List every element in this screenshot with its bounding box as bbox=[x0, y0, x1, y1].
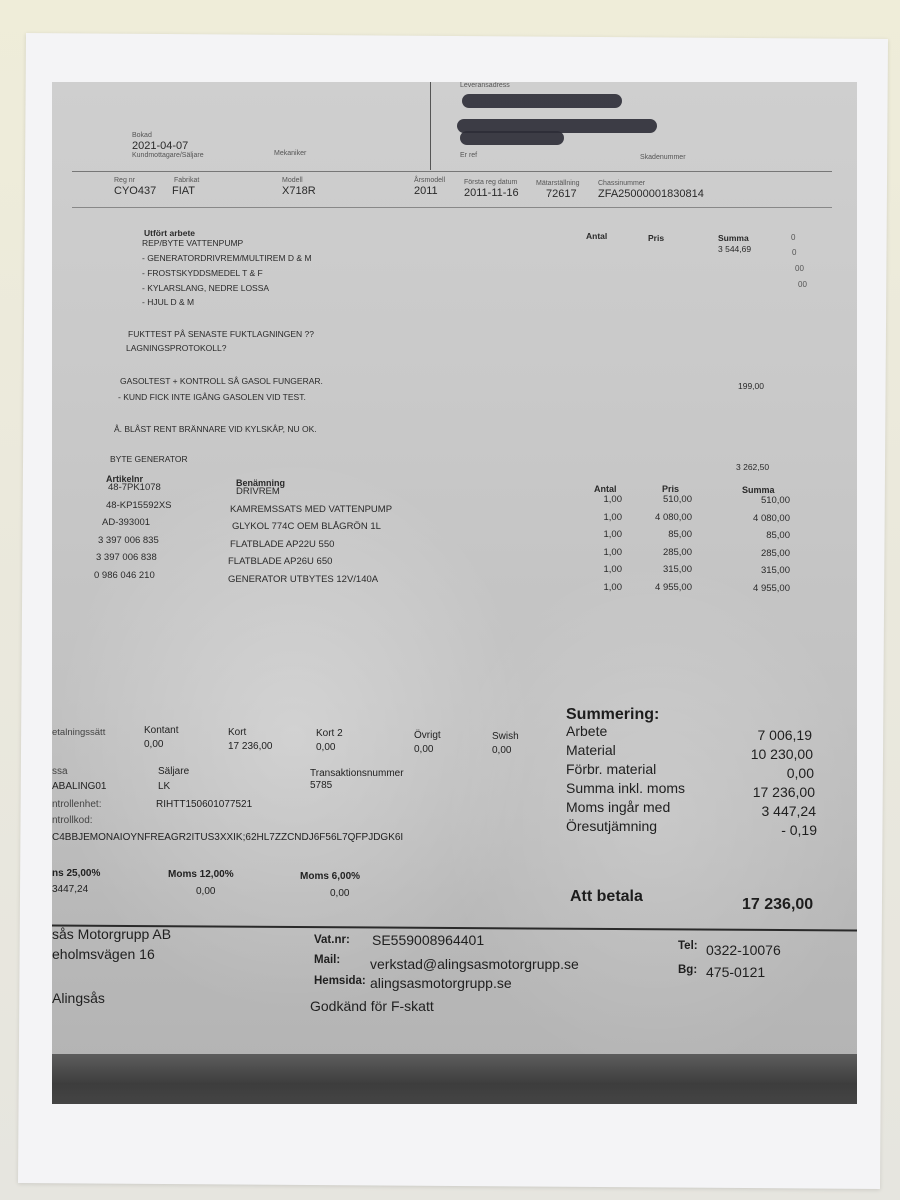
mileage-label: Mätarställning bbox=[536, 180, 580, 187]
payment-label: Kort 2 bbox=[316, 728, 343, 739]
margin-digit: 0 bbox=[791, 233, 795, 242]
phone-number: 0322-10076 bbox=[706, 942, 781, 958]
make-label: Fabrikat bbox=[174, 177, 199, 184]
part-price: 285,00 bbox=[634, 547, 692, 558]
model-year: 2011 bbox=[414, 185, 438, 197]
margin-digit: 0 bbox=[792, 248, 796, 257]
footer-rule bbox=[52, 925, 857, 932]
vat-25-value: 3447,24 bbox=[52, 884, 88, 895]
job3-sum: 3 262,50 bbox=[736, 462, 769, 472]
mail-label: Mail: bbox=[314, 954, 340, 966]
seller-value: LK bbox=[158, 781, 170, 792]
part-qty: 1,00 bbox=[574, 582, 622, 593]
bankgiro-number: 475-0121 bbox=[706, 964, 765, 980]
vat-12-value: 0,00 bbox=[196, 886, 215, 897]
redacted-city bbox=[460, 131, 564, 145]
part-name: FLATBLADE AP22U 550 bbox=[230, 539, 334, 550]
summary-value: 0,00 bbox=[694, 765, 814, 781]
part-name: GLYKOL 774C OEM BLÅGRÖN 1L bbox=[232, 521, 381, 532]
summary-label: Moms ingår med bbox=[566, 799, 670, 815]
margin-digit: 00 bbox=[795, 264, 804, 273]
payment-value: 0,00 bbox=[492, 745, 511, 756]
part-article-number: 0 986 046 210 bbox=[94, 570, 155, 581]
part-article-number: 48-KP15592XS bbox=[106, 500, 172, 511]
vehicle-rule bbox=[72, 207, 832, 208]
payment-method-label: etalningssätt bbox=[52, 727, 105, 738]
work-heading: Utfört arbete bbox=[144, 228, 195, 238]
control-unit-label: ntrollenhet: bbox=[52, 799, 101, 810]
model: X718R bbox=[282, 185, 316, 197]
part-qty: 1,00 bbox=[574, 564, 622, 575]
job1-title: REP/BYTE VATTENPUMP bbox=[142, 238, 243, 248]
part-price: 85,00 bbox=[634, 529, 692, 540]
delivery-address-label: Leveransadress bbox=[460, 82, 510, 89]
part-article-number: 3 397 006 835 bbox=[98, 535, 159, 546]
payment-label: Swish bbox=[492, 731, 519, 742]
payment-value: 17 236,00 bbox=[228, 741, 273, 752]
vat-number: SE559008964401 bbox=[372, 932, 484, 948]
your-ref-label: Er ref bbox=[460, 152, 477, 159]
summary-title: Summering: bbox=[566, 706, 659, 724]
payment-label: Kontant bbox=[144, 725, 178, 736]
part-article-number: 3 397 006 838 bbox=[96, 552, 157, 563]
chassis-label: Chassinummer bbox=[598, 180, 645, 187]
summary-label: Material bbox=[566, 742, 616, 758]
company-name: sås Motorgrupp AB bbox=[52, 926, 171, 942]
note-line: FUKTTEST PÅ SENASTE FUKTLAGNINGEN ?? bbox=[128, 329, 314, 339]
part-article-number: AD-393001 bbox=[102, 517, 150, 528]
summary-label: Öresutjämning bbox=[566, 818, 657, 834]
txn-value: 5785 bbox=[310, 780, 332, 791]
company-street: eholmsvägen 16 bbox=[52, 946, 155, 962]
booking-date: 2021-04-07 bbox=[132, 140, 188, 152]
first-reg-date: 2011-11-16 bbox=[464, 187, 519, 199]
part-article-number: 48-7PK1078 bbox=[108, 482, 161, 493]
work-col-price: Pris bbox=[648, 233, 664, 243]
vat-25-label: ns 25,00% bbox=[52, 868, 100, 879]
work-col-sum: Summa bbox=[718, 233, 749, 243]
company-city: Alingsås bbox=[52, 990, 105, 1006]
model-label: Modell bbox=[282, 177, 303, 184]
part-sum: 85,00 bbox=[712, 530, 790, 541]
job2-title: GASOLTEST + KONTROLL SÅ GASOL FUNGERAR. bbox=[120, 376, 323, 386]
payment-value: 0,00 bbox=[316, 742, 335, 753]
job2-sum: 199,00 bbox=[738, 381, 764, 391]
summary-value: - 0,19 bbox=[697, 822, 817, 838]
summary-value: 7 006,19 bbox=[692, 727, 812, 743]
control-code-value: C4BBJEMONAIOYNFREAGR2ITUS3XXIK;62HL7ZZCN… bbox=[52, 832, 403, 843]
vat-6-label: Moms 6,00% bbox=[300, 871, 360, 882]
invoice-printout: Leveransadress Bokad 2021-04-07 Kundmott… bbox=[52, 82, 857, 1104]
year-label: Årsmodell bbox=[414, 177, 445, 184]
part-price: 4 955,00 bbox=[634, 582, 692, 593]
job1-line: - KYLARSLANG, NEDRE LOSSA bbox=[142, 283, 269, 293]
fskatt-note: Godkänd för F-skatt bbox=[310, 998, 434, 1014]
work-col-qty: Antal bbox=[586, 231, 607, 241]
payment-label: Kort bbox=[228, 727, 246, 738]
summary-value: 3 447,24 bbox=[696, 803, 816, 819]
website-label: Hemsida: bbox=[314, 975, 366, 987]
part-sum: 510,00 bbox=[712, 495, 790, 506]
summary-label: Arbete bbox=[566, 723, 607, 739]
header-divider bbox=[430, 82, 431, 170]
part-qty: 1,00 bbox=[574, 529, 622, 540]
job1-sum: 3 544,69 bbox=[718, 244, 751, 254]
part-price: 510,00 bbox=[634, 494, 692, 505]
register-label: ssa bbox=[52, 766, 68, 777]
part-sum: 315,00 bbox=[712, 565, 790, 576]
payment-label: Övrigt bbox=[414, 730, 441, 741]
part-price: 4 080,00 bbox=[634, 512, 692, 523]
part-name: FLATBLADE AP26U 650 bbox=[228, 556, 332, 567]
mechanic-label: Mekaniker bbox=[274, 150, 306, 157]
claim-number-label: Skadenummer bbox=[640, 154, 686, 161]
tel-label: Tel: bbox=[678, 940, 698, 952]
job2-result: Å. BLÅST RENT BRÄNNARE VID KYLSKÅP, NU O… bbox=[114, 424, 317, 434]
make: FIAT bbox=[172, 185, 195, 197]
part-name: GENERATOR UTBYTES 12V/140A bbox=[228, 574, 378, 585]
job1-line: - GENERATORDRIVREM/MULTIREM D & M bbox=[142, 253, 312, 263]
control-unit-value: RIHTT150601077521 bbox=[156, 799, 252, 810]
part-sum: 4 955,00 bbox=[712, 583, 790, 594]
parts-col-qty: Antal bbox=[594, 484, 617, 494]
txn-label: Transaktionsnummer bbox=[310, 768, 404, 779]
mileage: 72617 bbox=[546, 188, 577, 200]
date-label: Bokad bbox=[132, 132, 152, 139]
mail-address: verkstad@alingsasmotorgrupp.se bbox=[370, 956, 579, 972]
first-reg-label: Första reg datum bbox=[464, 179, 517, 186]
seller-label: Säljare bbox=[158, 766, 189, 777]
receiver-label: Kundmottagare/Säljare bbox=[132, 152, 204, 159]
vat-12-label: Moms 12,00% bbox=[168, 869, 234, 880]
bankgiro-label: Bg: bbox=[678, 964, 697, 976]
parts-col-sum: Summa bbox=[742, 485, 775, 495]
register-value: ABALING01 bbox=[52, 781, 106, 792]
summary-label: Summa inkl. moms bbox=[566, 780, 685, 796]
summary-value: 10 230,00 bbox=[693, 746, 813, 762]
part-sum: 285,00 bbox=[712, 548, 790, 559]
job1-line: - FROSTSKYDDSMEDEL T & F bbox=[142, 268, 263, 278]
summary-value: 17 236,00 bbox=[695, 784, 815, 800]
control-code-label: ntrollkod: bbox=[52, 815, 93, 826]
part-qty: 1,00 bbox=[574, 512, 622, 523]
job1-line: - HJUL D & M bbox=[142, 297, 194, 307]
redacted-name bbox=[462, 94, 622, 108]
page-shadow-band bbox=[52, 1054, 857, 1104]
total-label: Att betala bbox=[570, 888, 643, 906]
part-qty: 1,00 bbox=[574, 494, 622, 505]
website: alingsasmotorgrupp.se bbox=[370, 975, 512, 991]
job2-line: - KUND FICK INTE IGÅNG GASOLEN VID TEST. bbox=[118, 392, 306, 402]
parts-col-price: Pris bbox=[662, 484, 679, 494]
chassis-number: ZFA25000001830814 bbox=[598, 188, 704, 200]
reg-label: Reg nr bbox=[114, 177, 135, 184]
payment-value: 0,00 bbox=[414, 744, 433, 755]
part-qty: 1,00 bbox=[574, 547, 622, 558]
summary-label: Förbr. material bbox=[566, 761, 656, 777]
job3-title: BYTE GENERATOR bbox=[110, 454, 188, 464]
total-amount: 17 236,00 bbox=[742, 896, 813, 914]
part-name: DRIVREM bbox=[236, 486, 280, 497]
header-rule bbox=[72, 171, 832, 172]
vat-6-value: 0,00 bbox=[330, 888, 349, 899]
reg-number: CYO437 bbox=[114, 185, 156, 197]
margin-digit: 00 bbox=[798, 280, 807, 289]
note-line: LAGNINGSPROTOKOLL? bbox=[126, 343, 226, 353]
part-name: KAMREMSSATS MED VATTENPUMP bbox=[230, 504, 392, 515]
vat-number-label: Vat.nr: bbox=[314, 934, 350, 946]
payment-value: 0,00 bbox=[144, 739, 163, 750]
part-sum: 4 080,00 bbox=[712, 513, 790, 524]
part-price: 315,00 bbox=[634, 564, 692, 575]
